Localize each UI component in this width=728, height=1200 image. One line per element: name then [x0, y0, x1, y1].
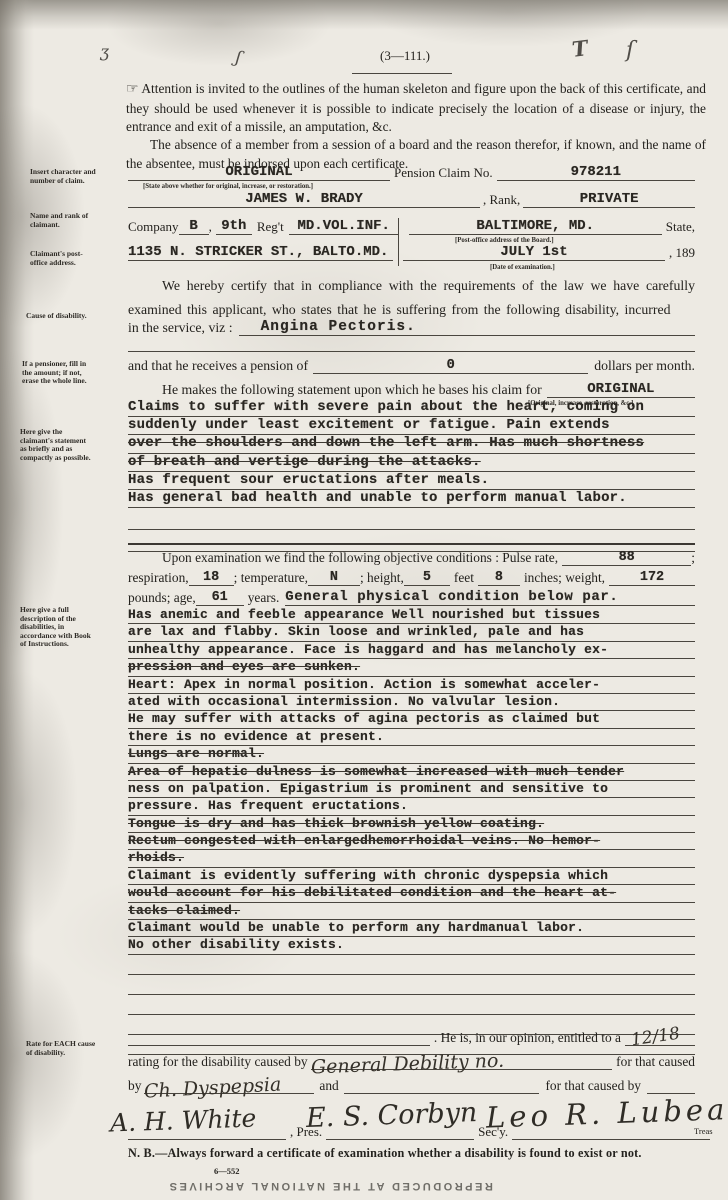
secretary-signature-line — [326, 1139, 474, 1140]
finding-line: pressure. Has frequent eructations. — [128, 798, 695, 815]
form-number-rule — [352, 73, 452, 74]
company-field: B — [179, 218, 209, 235]
statement-line: over the shoulders and down the left arm… — [128, 435, 695, 453]
finding-line: Lungs are normal. — [128, 746, 695, 763]
finding-line: Claimant is evidently suffering with chr… — [128, 868, 695, 885]
rank-label: , Rank, — [480, 192, 523, 208]
height-label: ; height, — [360, 570, 404, 586]
pension-examination-certificate: ʒ ʃ T ſ (3—111.) ☞ Attention is invited … — [0, 0, 728, 1200]
margin-label-description: Here give a full description of the disa… — [20, 606, 94, 649]
pension-label-2: dollars per month. — [588, 358, 695, 374]
blank-line — [128, 508, 695, 530]
statement-line: of breath and vertige during the attacks… — [128, 454, 695, 472]
margin-label-cause: Cause of disability. — [26, 312, 92, 321]
blank-line — [128, 995, 695, 1015]
treasurer-signature-line — [512, 1139, 710, 1140]
feet-label: feet — [450, 570, 478, 586]
year-label: , 189 — [665, 245, 695, 261]
pension-label-1: and that he receives a pension of — [128, 358, 313, 374]
height-inches-field: 8 — [478, 570, 520, 586]
margin-label-address: Claimant's post-office address. — [30, 250, 100, 267]
weight-field: 172 — [609, 570, 695, 586]
condition-note-field: General physical condition below par. — [285, 589, 695, 606]
claimant-statement-block: Claims to suffer with severe pain about … — [128, 399, 695, 552]
regiment-label: Reg't — [252, 219, 289, 235]
respiration-label: respiration, — [128, 570, 189, 586]
pen-mark: ʃ — [234, 48, 243, 69]
finding-line: there is no evidence at present. — [128, 729, 695, 746]
exam-date-hint: [Date of examination.] — [490, 264, 555, 271]
blank-field — [128, 1045, 430, 1046]
rating-label: rating for the disability caused by — [128, 1054, 311, 1070]
president-signature: A. H. White — [110, 1103, 257, 1137]
treasurer-title: Treas — [694, 1126, 713, 1136]
height-feet-field: 5 — [404, 570, 450, 586]
finding-line: He may suffer with attacks of agina pect… — [128, 711, 695, 728]
statement-claim-type-field: ORIGINAL — [547, 381, 695, 398]
finding-line: ness on palpation. Epigastrium is promin… — [128, 781, 695, 798]
and-label: and — [314, 1078, 343, 1094]
disability-field: Angina Pectoris. — [239, 319, 695, 336]
finding-line: Heart: Apex in normal position. Action i… — [128, 677, 695, 694]
company-label: Company — [128, 219, 179, 235]
for-that-caused-by-label: for that caused by — [539, 1078, 647, 1094]
margin-label-statement: Here give the claimant's statement as br… — [20, 428, 94, 462]
finding-line: Tongue is dry and has thick brownish yel… — [128, 816, 695, 833]
finding-line: pression and eyes are sunken. — [128, 659, 695, 676]
by-label: by — [128, 1078, 144, 1094]
board-po-field: BALTIMORE, MD. — [409, 218, 662, 235]
rank-field: PRIVATE — [523, 191, 695, 208]
respiration-field: 18 — [189, 570, 234, 586]
archives-stamp: REPRODUCED AT THE NATIONAL ARCHIVES — [150, 1180, 510, 1192]
margin-label-insert: Insert character and number of claim. — [30, 168, 100, 185]
claim-no-label: Pension Claim No. — [390, 165, 497, 181]
finding-line: are lax and flabby. Skin loose and wrink… — [128, 624, 695, 641]
inches-label: inches; weight, — [520, 570, 609, 586]
statement-line: suddenly under least excitement or fatig… — [128, 417, 695, 435]
state-label: State, — [662, 219, 695, 235]
regiment-number-field: 9th — [216, 218, 252, 235]
statement-line: Has general bad health and unable to per… — [128, 490, 695, 508]
cause-2-handwritten: Ch. Dyspepsia — [144, 1073, 282, 1102]
form-number: (3—111.) — [330, 48, 480, 64]
finding-line: rhoids. — [128, 850, 695, 867]
finding-line: tacks claimed. — [128, 903, 695, 920]
margin-label-pensioner: If a pensioner, fill in the amount; if n… — [22, 360, 96, 386]
claim-type-field: ORIGINAL — [128, 164, 390, 181]
certify-paragraph: We hereby certify that in compliance wit… — [128, 274, 695, 321]
years-label: years. — [244, 590, 286, 606]
finding-line: would account for his debilitated condit… — [128, 885, 695, 902]
blank-line — [128, 975, 695, 995]
entitled-label: . He is, in our opinion, entitled to a — [430, 1030, 625, 1046]
exam-intro-label: Upon examination we find the following o… — [128, 550, 562, 566]
pen-mark: T — [571, 35, 590, 62]
secretary-signature: E. S. Corbyn — [306, 1097, 478, 1134]
margin-label-rate: Rate for EACH cause of disability. — [26, 1040, 96, 1057]
age-field: 61 — [196, 590, 244, 606]
findings-block: Has anemic and feeble appearance Well no… — [128, 607, 695, 1055]
semicolon: ; — [691, 550, 695, 566]
exam-date-field: JULY 1st — [403, 244, 665, 261]
blank-field — [344, 1093, 540, 1094]
finding-line: ated with occasional intermission. No va… — [128, 694, 695, 711]
pounds-label: pounds; age, — [128, 590, 196, 606]
finding-line: Has anemic and feeble appearance Well no… — [128, 607, 695, 624]
for-that-caused-label: for that caused — [612, 1054, 695, 1070]
temperature-field: N — [308, 570, 360, 586]
margin-label-name-rank: Name and rank of claimant. — [30, 212, 100, 229]
blank-line — [128, 955, 695, 975]
pulse-field: 88 — [562, 550, 691, 566]
statement-line: Has frequent sour eructations after meal… — [128, 472, 695, 490]
nb-note: N. B.—Always forward a certificate of ex… — [128, 1146, 708, 1161]
finding-line: Area of hepatic dulness is somewhat incr… — [128, 764, 695, 781]
pen-mark: ʒ — [100, 42, 109, 61]
finding-line: Rectum congested with enlargedhemorrhoid… — [128, 833, 695, 850]
pension-amount-field: 0 — [313, 357, 588, 374]
service-viz-label: in the service, viz : — [128, 320, 239, 336]
comma: , — [209, 219, 212, 235]
claim-no-field: 978211 — [497, 164, 695, 181]
rating-field: 12/18 — [625, 1045, 695, 1046]
temperature-label: ; temperature, — [234, 570, 308, 586]
pointing-hand-icon: ☞ — [126, 82, 139, 97]
blank-rule — [128, 351, 695, 352]
claimant-name-field: JAMES W. BRADY — [128, 191, 480, 208]
scan-edge-top — [0, 0, 728, 30]
president-signature-line — [128, 1139, 286, 1140]
regiment-field: MD.VOL.INF. — [289, 218, 399, 235]
finding-line: unhealthy appearance. Face is haggard an… — [128, 642, 695, 659]
cause-2-field: Ch. Dyspepsia — [144, 1093, 314, 1094]
statement-label: He makes the following statement upon wh… — [128, 382, 547, 398]
section-divider — [128, 543, 695, 545]
form-code: 6—552 — [214, 1166, 240, 1176]
pen-mark: ſ — [626, 38, 634, 63]
claimant-address-field: 1135 N. STRICKER ST., BALTO.MD. — [128, 244, 393, 261]
column-divider — [398, 218, 399, 266]
finding-line: Claimant would be unable to perform any … — [128, 920, 695, 937]
finding-line: No other disability exists. — [128, 937, 695, 954]
notice-paragraph-1: Attention is invited to the outlines of … — [126, 81, 706, 134]
statement-line: Claims to suffer with severe pain about … — [128, 399, 695, 417]
scan-edge-left — [0, 0, 34, 1200]
